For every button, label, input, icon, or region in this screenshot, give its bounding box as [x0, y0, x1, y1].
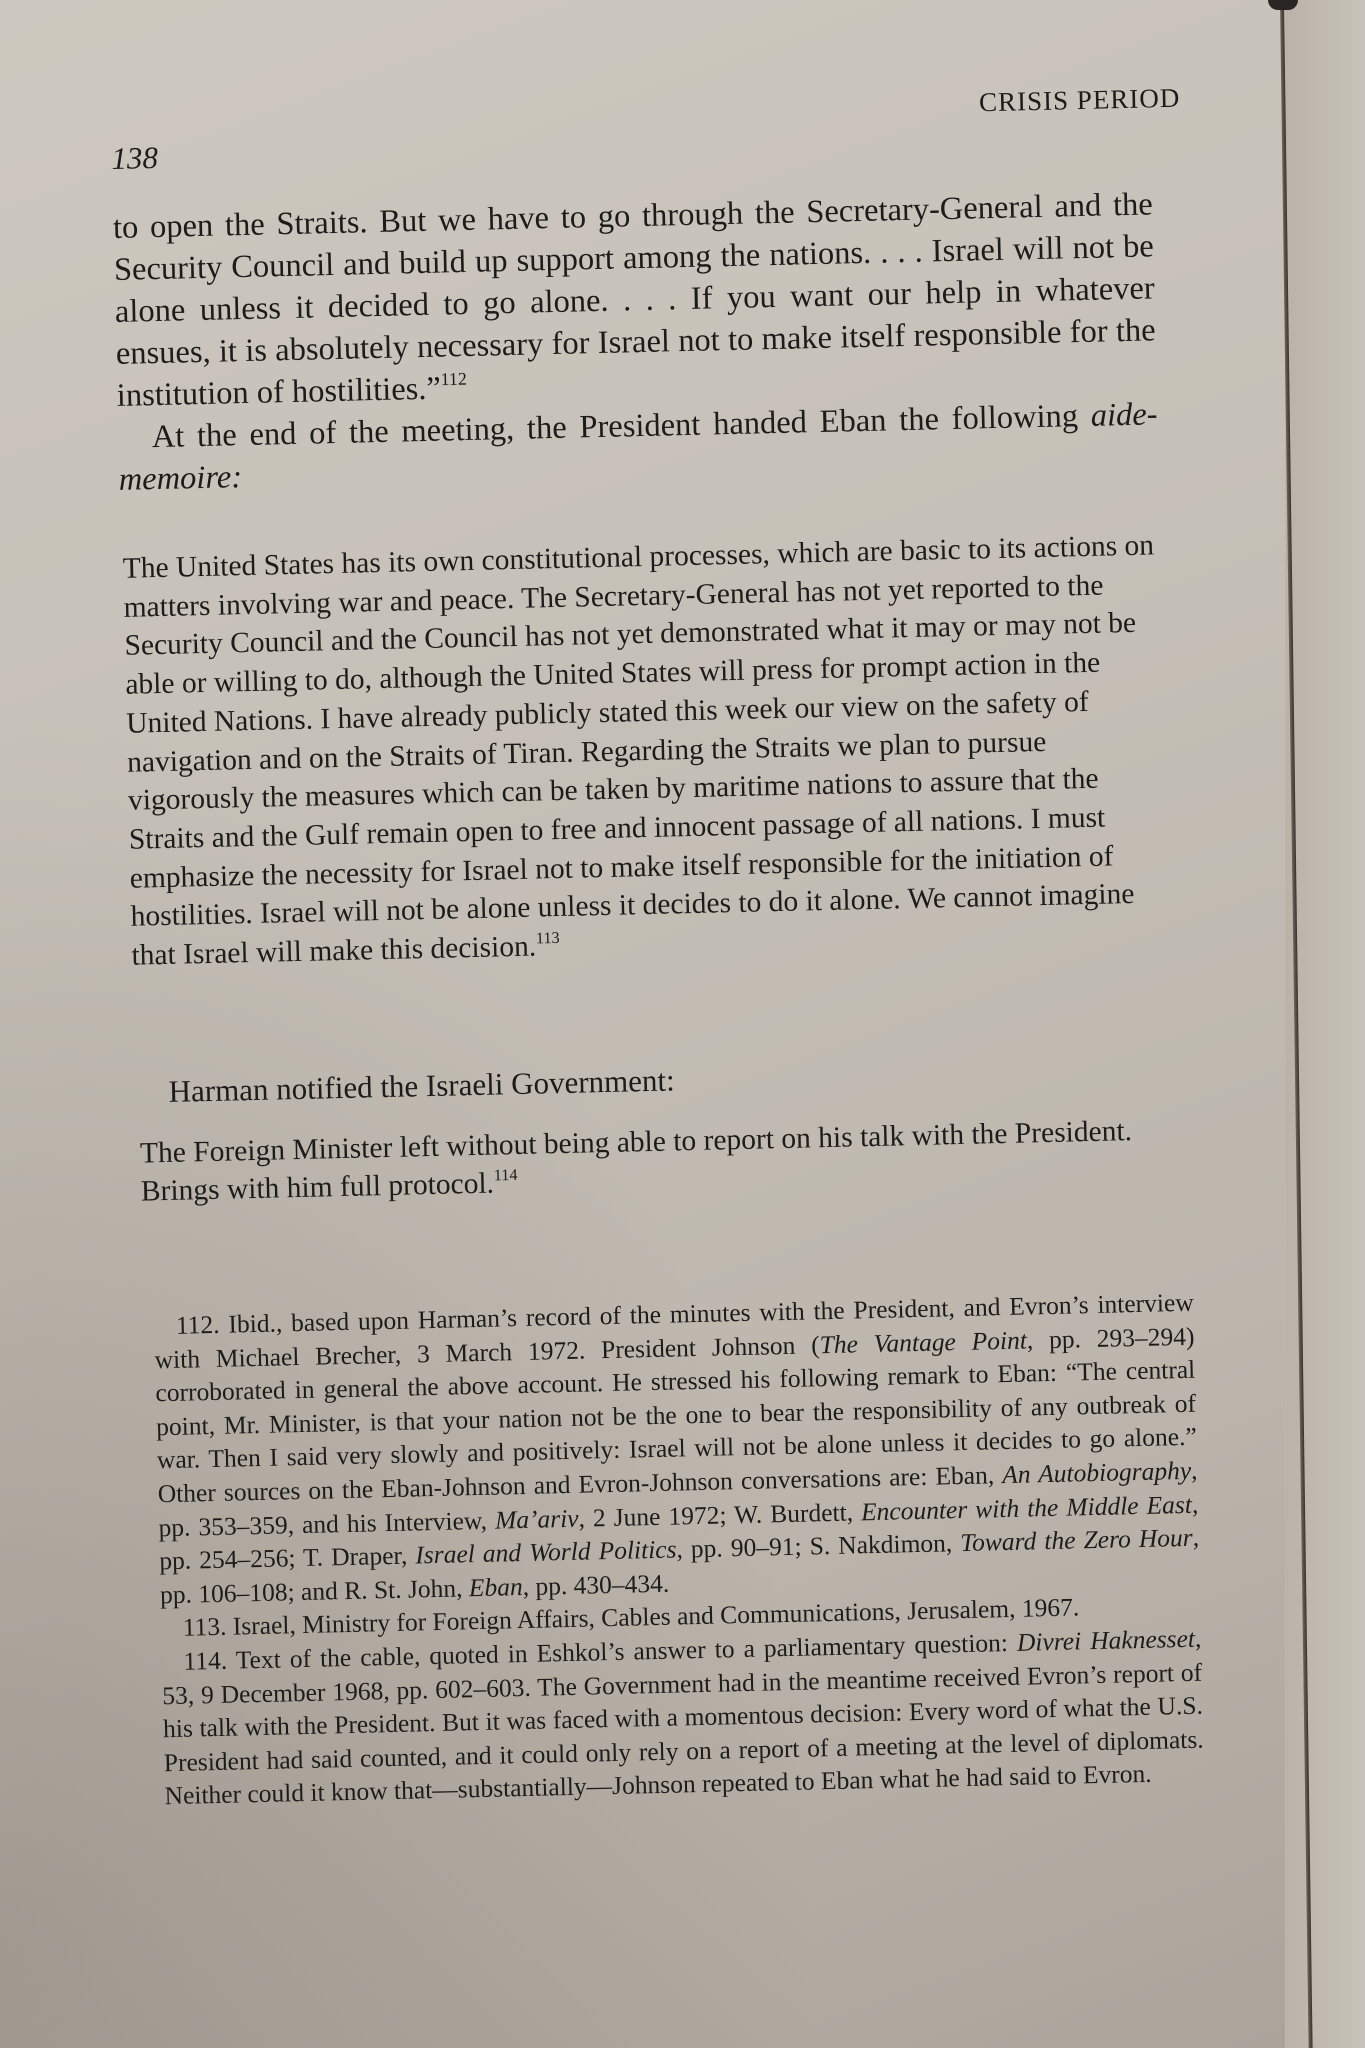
aide-memoire-quote: The United States has its own constituti… — [122, 526, 1171, 975]
citation-title: An Autobiography — [1002, 1456, 1192, 1489]
citation-title: Divrei Haknesset — [1017, 1624, 1196, 1657]
citation-title: Israel and World Politics — [415, 1535, 677, 1570]
citation-title: Eban — [468, 1572, 522, 1602]
citation-title: Toward the Zero Hour — [960, 1523, 1193, 1557]
running-head: CRISIS PERIOD — [979, 83, 1181, 119]
citation-title: Ma’ariv — [495, 1503, 579, 1534]
footnote-ref-112[interactable]: 112 — [440, 369, 467, 390]
footnote-ref-113[interactable]: 113 — [536, 929, 560, 948]
body-text: to open the Straits. But we have to go t… — [113, 183, 1159, 501]
citation-title: Encounter with the Middle East — [861, 1489, 1193, 1526]
footnotes: 112. Ibid., based upon Harman’s record o… — [154, 1286, 1205, 1813]
page-number: 138 — [111, 140, 158, 177]
footnote-114: 114. Text of the cable, quoted in Eshkol… — [161, 1622, 1205, 1814]
quote-continuation: to open the Straits. But we have to go t… — [113, 183, 1157, 417]
footnote-text: , 2 June 1972; W. Burdett, — [578, 1497, 861, 1532]
footnote-ref-114[interactable]: 114 — [494, 1166, 518, 1185]
footnote-text: , pp. 430–434. — [522, 1568, 669, 1600]
footnote-112: 112. Ibid., based upon Harman’s record o… — [154, 1286, 1201, 1612]
footnote-text: , pp. 90–91; S. Nakdimon, — [676, 1528, 960, 1563]
citation-title: The Vantage Point — [819, 1325, 1027, 1359]
